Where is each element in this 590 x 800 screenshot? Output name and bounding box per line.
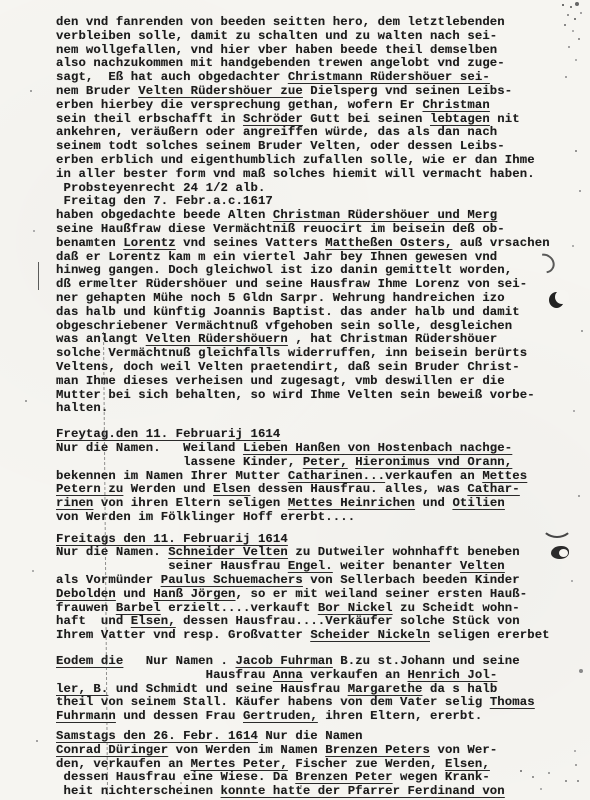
- speck-cluster-left: [30, 90, 32, 92]
- document-line: rinen von ihren Eltern seligen Mettes He…: [56, 497, 572, 511]
- underlined-text: Freitags den 11. Februarij 1614: [56, 532, 288, 546]
- underlined-text: Christman: [423, 98, 490, 112]
- document-line: Ihrem Vatter vnd resp. Großvatter Scheid…: [56, 629, 572, 643]
- underlined-text: Henrich Jol-: [408, 668, 498, 682]
- plain-text: zu Scheidt wohn-: [393, 601, 520, 615]
- scanned-document-page: den vnd fanrenden von beeden seitten her…: [0, 0, 590, 800]
- underlined-text: Velten Rüdershöuer zue: [138, 84, 303, 98]
- underlined-text: konnte hatte der Pfarrer Ferdinand von: [221, 784, 505, 798]
- text-block: Freytag.den 11. Februarij 1614Nur die Na…: [56, 428, 572, 525]
- plain-text: Ihrem Vatter vnd resp. Großvatter: [56, 628, 310, 642]
- underlined-text: Cathar-: [467, 482, 519, 496]
- plain-text: Freitag den 7. Febr.a.c.1617: [56, 194, 273, 208]
- plain-text: vnd seines Vatters: [176, 236, 326, 250]
- plain-text: Hausfrau: [56, 668, 273, 682]
- plain-text: Probsteyenrecht 24 1/2 alb.: [56, 181, 265, 195]
- plain-text: obgeschriebener Vermächtnuß vfgehoben se…: [56, 319, 512, 333]
- document-line: Freytag.den 11. Februarij 1614: [56, 428, 572, 442]
- document-line: halten.: [56, 402, 572, 416]
- plain-text: halten.: [56, 401, 108, 415]
- document-line: benamten Lorentz vnd seines Vatters Matt…: [56, 237, 572, 251]
- plain-text: seligen ererbet: [430, 628, 550, 642]
- plain-text: haft und: [56, 614, 131, 628]
- document-line: Petern zu Werden und Elsen dessen Hausfr…: [56, 483, 572, 497]
- document-line: frauwen Barbel erzielt....verkauft Bor N…: [56, 602, 572, 616]
- plain-text: von Sellerbach beeden Kinder: [303, 573, 520, 587]
- plain-text: und dessen Frau: [116, 709, 243, 723]
- speck-cluster-top-right: [562, 4, 564, 6]
- underlined-text: Elsen,: [131, 614, 176, 628]
- plain-text: von ihren Eltern seligen: [93, 496, 287, 510]
- document-line: Probsteyenrecht 24 1/2 alb.: [56, 182, 572, 196]
- underlined-text: Engel.: [288, 559, 333, 573]
- plain-text: benamten: [56, 236, 123, 250]
- underlined-text: Anna: [273, 668, 303, 682]
- underlined-text: rinen: [56, 496, 93, 510]
- document-line: den, verkaufen an Mertes Peter, Fischer …: [56, 758, 572, 772]
- document-line: von Werden im Fölklinger Hoff ererbt....: [56, 511, 572, 525]
- plain-text: sein theil erbschafft in: [56, 112, 243, 126]
- plain-text: den, verkaufen an: [56, 757, 191, 771]
- underlined-text: sei-: [452, 70, 489, 84]
- document-line: seine Haußfraw diese Vermächtniß reuocir…: [56, 223, 572, 237]
- underlined-text: lebtagen: [430, 112, 490, 126]
- plain-text: und: [415, 496, 452, 510]
- document-line: Hausfrau Anna verkaufen an Henrich Jol-: [56, 669, 572, 683]
- plain-text: erben hierbey die versprechung gethan, w…: [56, 98, 423, 112]
- plain-text: das halb und künftig Joannis Baptist. da…: [56, 305, 520, 319]
- plain-text: ner gehapten Mühe noch 5 Gldn Sarpr. Weh…: [56, 291, 505, 305]
- text-block: Eodem die Nur Namen . Jacob Fuhrman B.zu…: [56, 655, 572, 724]
- plain-text: auß vrsachen: [452, 236, 549, 250]
- document-line: haft und Elsen, dessen Hausfrau....Verkä…: [56, 615, 572, 629]
- plain-text: verbleiben solle, damit zu schalten und …: [56, 29, 497, 43]
- plain-text: Nur die Namen. Weiland: [56, 441, 243, 455]
- document-line: theil von seinem Stall. Käufer habens vo…: [56, 696, 572, 710]
- plain-text: und: [116, 587, 153, 601]
- document-line: dß ermelter Rüdershöuer und seine Hausfr…: [56, 278, 572, 292]
- document-line: in aller bester form vnd maß solches hie…: [56, 168, 572, 182]
- plain-text: sagt, Eß hat auch obgedachter: [56, 70, 288, 84]
- underlined-text: Velten: [460, 559, 505, 573]
- underlined-text: Velten Rüdershöuern: [146, 332, 288, 346]
- text-block: den vnd fanrenden von beeden seitten her…: [56, 16, 572, 416]
- plain-text: wegen Krank-: [393, 770, 490, 784]
- underlined-text: Barbel: [116, 601, 161, 615]
- document-line: hinweg gangen. Doch gleichwol ist izo da…: [56, 264, 572, 278]
- plain-text: seine Haußfraw diese Vermächtniß reuocir…: [56, 222, 505, 236]
- document-line: sagt, Eß hat auch obgedachter Christmann…: [56, 71, 572, 85]
- document-line: heit nichterscheinen konnte hatte der Pf…: [56, 785, 572, 799]
- plain-text: daß er Lorentz kam m ein viertel Jahr be…: [56, 250, 497, 264]
- document-line: ankehren, veräußern oder angreiffen würd…: [56, 126, 572, 140]
- underlined-text: Brenzen Peter: [295, 770, 392, 784]
- underlined-text: Thomas: [490, 695, 535, 709]
- plain-text: Werden und: [123, 482, 213, 496]
- plain-text: Mutter bei sich behalten, so wird Ihme V…: [56, 388, 535, 402]
- plain-text: da s halb: [423, 682, 498, 696]
- plain-text: Gutt bei seinen: [303, 112, 430, 126]
- document-line: den vnd fanrenden von beeden seitten her…: [56, 16, 572, 30]
- plain-text: also nachzukommen mit handgebenden trewe…: [56, 56, 505, 70]
- document-line: Debolden und Hanß Jörgen, so er mit weil…: [56, 588, 572, 602]
- plain-text: Nur die Namen: [258, 729, 363, 743]
- underlined-text: Elsen: [213, 482, 250, 496]
- plain-text: zu Dutweiler wohnhafft beneben: [288, 545, 520, 559]
- plain-text: und Schmidt und seine Hausfrau: [108, 682, 347, 696]
- document-line: dessen Hausfrau eine Wiese. Da Brenzen P…: [56, 771, 572, 785]
- plain-text: in aller bester form vnd maß solches hie…: [56, 167, 535, 181]
- underlined-text: Schneider Velten: [168, 545, 288, 559]
- plain-text: Nur die Namen.: [56, 545, 168, 559]
- plain-text: als Vormünder: [56, 573, 161, 587]
- document-line: also nachzukommen mit handgebenden trewe…: [56, 57, 572, 71]
- underlined-text: Gertruden,: [243, 709, 318, 723]
- document-line: Nur die Namen. Schneider Velten zu Dutwe…: [56, 546, 572, 560]
- underlined-text: Hieronimus vnd Orann,: [355, 455, 512, 469]
- document-line: haben obgedachte beede Alten Christman R…: [56, 209, 572, 223]
- underlined-text: Otilien: [452, 496, 504, 510]
- document-line: Fuhrmann und dessen Frau Gertruden, ihre…: [56, 710, 572, 724]
- plain-text: seiner Hausfrau: [56, 559, 288, 573]
- underlined-text: Hanß Jörgen: [153, 587, 235, 601]
- ink-blob-artifact: [551, 546, 569, 559]
- plain-text: theil von seinem Stall. Käufer habens vo…: [56, 695, 490, 709]
- document-line: was anlangt Velten Rüdershöuern , hat Ch…: [56, 333, 572, 347]
- plain-text: , hat Christman Rüdershöuer: [288, 332, 497, 346]
- fold-line-short-artifact: [38, 262, 40, 290]
- document-line: das halb und künftig Joannis Baptist. da…: [56, 306, 572, 320]
- plain-text: seinem todt solches seinem Bruder Velten…: [56, 139, 505, 153]
- document-line: als Vormünder Paulus Schuemachers von Se…: [56, 574, 572, 588]
- plain-text: weiter benanter: [333, 559, 460, 573]
- underlined-text: Lorentz: [123, 236, 175, 250]
- underlined-text: Christmann Rüdershöuer: [288, 70, 453, 84]
- arc-smudge-artifact: [541, 512, 573, 538]
- underlined-text: Mertes Peter,: [191, 757, 288, 771]
- plain-text: was anlangt: [56, 332, 146, 346]
- plain-text: nit: [490, 112, 520, 126]
- underlined-text: Conrad Düringer: [56, 743, 168, 757]
- plain-text: Nur Namen .: [123, 654, 235, 668]
- plain-text: ankehren, veräußern oder angreiffen würd…: [56, 125, 497, 139]
- plain-text: , so er mit weiland seiner ersten Hauß-: [236, 587, 528, 601]
- text-block: Samstags den 26. Febr. 1614 Nur die Name…: [56, 730, 572, 799]
- document-line: ler, B. und Schmidt und seine Hausfrau M…: [56, 683, 572, 697]
- underlined-text: Jacob Fuhrman: [236, 654, 333, 668]
- document-line: obgeschriebener Vermächtnuß vfgehoben se…: [56, 320, 572, 334]
- plain-text: erben erblich und eigenthumblich zufalle…: [56, 153, 535, 167]
- document-line: man Ihme dieses verheisen und zugesagt, …: [56, 375, 572, 389]
- document-line: verbleiben solle, damit zu schalten und …: [56, 30, 572, 44]
- plain-text: dessen Hausfrau....Verkäufer solche Stüc…: [176, 614, 520, 628]
- underlined-text: Samstags den 26. Febr. 1614: [56, 729, 258, 743]
- underlined-text: Peter,: [303, 455, 348, 469]
- document-line: seinem todt solches seinem Bruder Velten…: [56, 140, 572, 154]
- document-line: lassene Kinder, Peter, Hieronimus vnd Or…: [56, 456, 572, 470]
- document-line: seiner Hausfrau Engel. weiter benanter V…: [56, 560, 572, 574]
- plain-text: verkaufen an: [303, 668, 408, 682]
- plain-text: von Wer-: [430, 743, 497, 757]
- plain-text: heit nichterscheinen: [56, 784, 221, 798]
- underlined-text: Scheider Nickeln: [310, 628, 430, 642]
- plain-text: nem Bruder: [56, 84, 138, 98]
- plain-text: nem wollgefallen, vnd hier vber haben be…: [56, 43, 497, 57]
- plain-text: erzielt....verkauft: [161, 601, 318, 615]
- plain-text: hinweg gangen. Doch gleichwol ist izo da…: [56, 263, 512, 277]
- document-line: erben hierbey die versprechung gethan, w…: [56, 99, 572, 113]
- document-line: bekennen im Namen Ihrer Mutter Catharine…: [56, 470, 572, 484]
- underlined-text: Mettes: [482, 469, 527, 483]
- plain-text: dessen Hausfrau eine Wiese. Da: [56, 770, 295, 784]
- plain-text: solche Vermächtnuß gleichfalls widerruff…: [56, 346, 527, 360]
- plain-text: Veltens, doch weil Velten praetendirt, d…: [56, 360, 520, 374]
- document-line: nem wollgefallen, vnd hier vber haben be…: [56, 44, 572, 58]
- plain-text: B.zu st.Johann und seine: [333, 654, 520, 668]
- document-line: ner gehapten Mühe noch 5 Gldn Sarpr. Weh…: [56, 292, 572, 306]
- underlined-text: Paulus Schuemachers: [161, 573, 303, 587]
- underlined-text: Eodem die: [56, 654, 123, 668]
- document-line: Mutter bei sich behalten, so wird Ihme V…: [56, 389, 572, 403]
- document-line: Veltens, doch weil Velten praetendirt, d…: [56, 361, 572, 375]
- plain-text: bekennen im Namen Ihrer Mutter: [56, 469, 288, 483]
- document-line: Conrad Düringer von Werden im Namen Bren…: [56, 744, 572, 758]
- text-block: Freitags den 11. Februarij 1614Nur die N…: [56, 533, 572, 643]
- underlined-text: Elsen,: [445, 757, 490, 771]
- speck-cluster-bottom: [520, 770, 522, 772]
- underlined-text: ler, B.: [56, 682, 108, 696]
- underlined-text: Christman Rüdershöuer und Merg: [273, 208, 497, 222]
- speck-cluster-right-edge: [575, 150, 577, 152]
- document-line: nem Bruder Velten Rüdershöuer zue Dielsp…: [56, 85, 572, 99]
- document-line: Samstags den 26. Febr. 1614 Nur die Name…: [56, 730, 572, 744]
- underlined-text: Bor Nickel: [318, 601, 393, 615]
- plain-text: ihren Eltern, ererbt.: [318, 709, 483, 723]
- ink-crescent-artifact: [549, 292, 564, 308]
- document-line: erben erblich und eigenthumblich zufalle…: [56, 154, 572, 168]
- underlined-text: Schröder: [243, 112, 303, 126]
- plain-text: dß ermelter Rüdershöuer und seine Hausfr…: [56, 277, 527, 291]
- underlined-text: Petern zu: [56, 482, 123, 496]
- plain-text: haben obgedachte beede Alten: [56, 208, 273, 222]
- underlined-text: Freytag.den 11. Februarij 1614: [56, 427, 280, 441]
- underlined-text: Catharinen...: [288, 469, 385, 483]
- document-text: den vnd fanrenden von beeden seitten her…: [56, 16, 572, 799]
- underlined-text: Margarethe: [348, 682, 423, 696]
- underlined-text: Mettes Heinrichen: [288, 496, 415, 510]
- plain-text: verkaufen an: [385, 469, 482, 483]
- plain-text: von Werden im Fölklinger Hoff ererbt....: [56, 510, 355, 524]
- underlined-text: Brenzen Peters: [325, 743, 430, 757]
- plain-text: man Ihme dieses verheisen und zugesagt, …: [56, 374, 505, 388]
- document-line: daß er Lorentz kam m ein viertel Jahr be…: [56, 251, 572, 265]
- plain-text: Fischer zue Werden,: [288, 757, 445, 771]
- document-line: solche Vermächtnuß gleichfalls widerruff…: [56, 347, 572, 361]
- plain-text: lassene Kinder,: [56, 455, 303, 469]
- underlined-text: Mattheßen Osters,: [325, 236, 452, 250]
- document-line: Freitags den 11. Februarij 1614: [56, 533, 572, 547]
- plain-text: Dielsperg vnd seinen Leibs-: [303, 84, 512, 98]
- document-line: Eodem die Nur Namen . Jacob Fuhrman B.zu…: [56, 655, 572, 669]
- document-line: sein theil erbschafft in Schröder Gutt b…: [56, 113, 572, 127]
- underlined-text: Lieben Hanßen von Hostenbach nachge-: [243, 441, 512, 455]
- document-line: Freitag den 7. Febr.a.c.1617: [56, 195, 572, 209]
- plain-text: von Werden im Namen: [168, 743, 325, 757]
- plain-text: den vnd fanrenden von beeden seitten her…: [56, 15, 505, 29]
- plain-text: dessen Hausfrau. alles, was: [251, 482, 468, 496]
- document-line: Nur die Namen. Weiland Lieben Hanßen von…: [56, 442, 572, 456]
